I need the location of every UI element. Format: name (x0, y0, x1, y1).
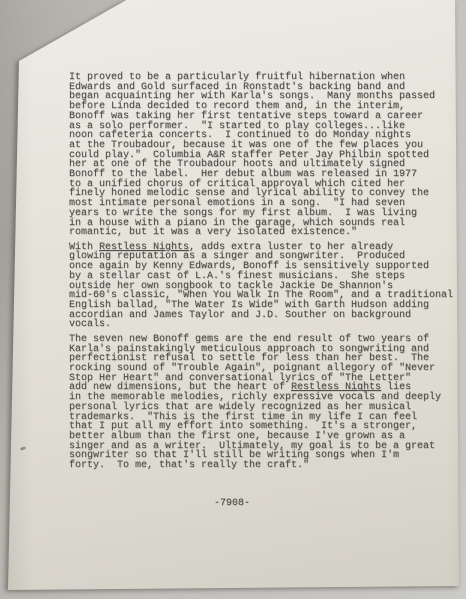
document-text: It proved to be a particularly fruitful … (69, 73, 453, 476)
paragraph: The seven new Bonoff gems are the end re… (69, 335, 453, 471)
text-line: romantic, but it was a very isolated exi… (69, 228, 453, 238)
paragraph: With Restless Nights, adds extra luster … (69, 243, 453, 330)
text-line: forty. To me, that's really the craft." (69, 461, 453, 471)
page-number: -7908- (214, 499, 250, 509)
paragraph: It proved to be a particularly fruitful … (69, 73, 453, 238)
paper-shadow: It proved to be a particularly fruitful … (0, 0, 466, 599)
text-line: accordian and James Taylor and J.D. Sout… (69, 311, 453, 321)
photo-background: It proved to be a particularly fruitful … (0, 0, 466, 599)
paper-smudge (20, 446, 27, 451)
text-line: vocals. (69, 320, 453, 330)
document-page: It proved to be a particularly fruitful … (0, 0, 466, 599)
